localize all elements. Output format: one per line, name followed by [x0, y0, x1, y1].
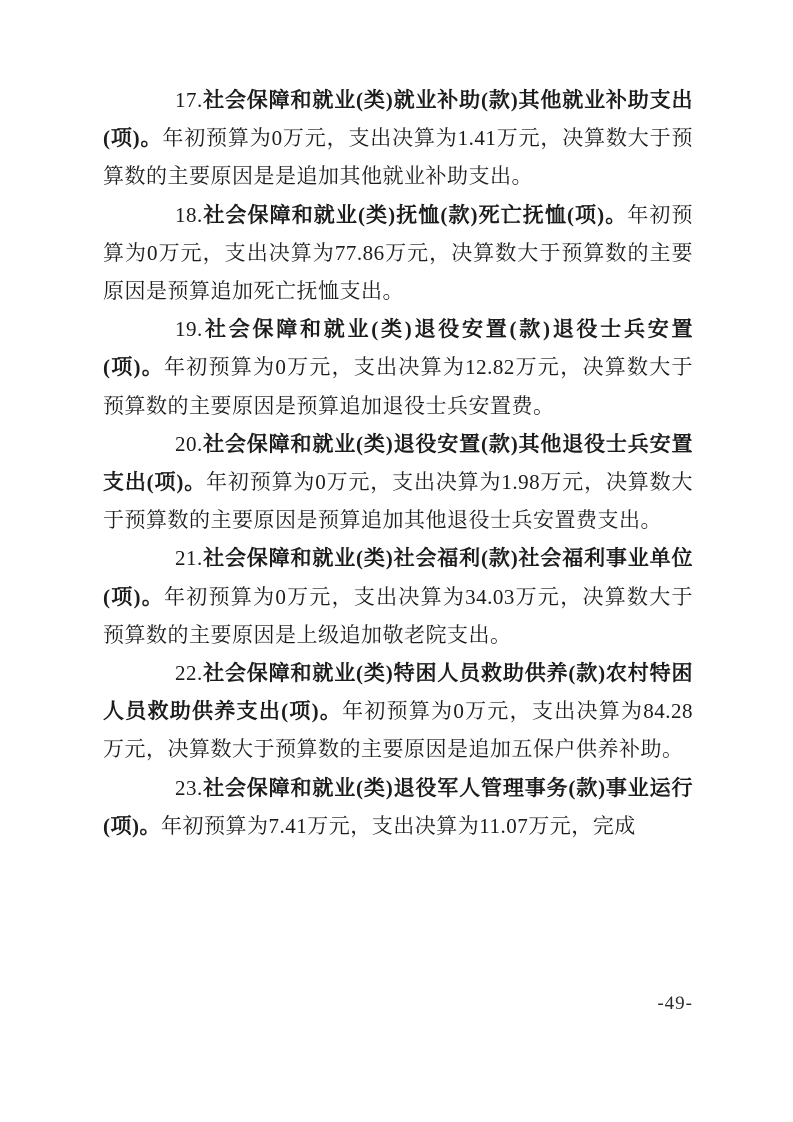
- item-number: 20.: [175, 432, 203, 456]
- page-number: -49-: [0, 993, 693, 1015]
- item-number: 22.: [175, 661, 203, 685]
- item-body: 年初预算为0万元，支出决算为1.41万元，决算数大于预算数的主要原因是是追加其他…: [103, 126, 693, 188]
- item-number: 19.: [175, 317, 203, 341]
- item-body: 年初预算为7.41万元，支出决算为11.07万元，完成: [161, 814, 636, 838]
- budget-item-22: 22.社会保障和就业(类)特困人员救助供养(款)农村特困人员救助供养支出(项)。…: [103, 654, 693, 769]
- item-number: 18.: [175, 203, 203, 227]
- document-body: 17.社会保障和就业(类)就业补助(款)其他就业补助支出 (项)。年初预算为0万…: [103, 81, 693, 845]
- budget-item-21: 21.社会保障和就业(类)社会福利(款)社会福利事业单位 (项)。年初预算为0万…: [103, 539, 693, 654]
- budget-item-18: 18.社会保障和就业(类)抚恤(款)死亡抚恤(项)。年初预算为0万元，支出决算为…: [103, 196, 693, 311]
- budget-item-23: 23.社会保障和就业(类)退役军人管理事务(款)事业运行 (项)。年初预算为7.…: [103, 769, 693, 845]
- item-body: 年初预算为0万元，支出决算为34.03万元，决算数大于预算数的主要原因是上级追加…: [103, 585, 693, 647]
- item-number: 23.: [175, 776, 203, 800]
- item-number: 17.: [175, 88, 203, 112]
- item-body: 年初预算为0万元，支出决算为12.82万元，决算数大于预算数的主要原因是预算追加…: [103, 355, 693, 417]
- document-page: 17.社会保障和就业(类)就业补助(款)其他就业补助支出 (项)。年初预算为0万…: [0, 0, 793, 1122]
- item-number: 21.: [175, 546, 203, 570]
- item-heading: 社会保障和就业(类)抚恤(款)死亡抚恤(项)。: [203, 203, 628, 227]
- budget-item-19: 19.社会保障和就业(类)退役安置(款)退役士兵安置(项)。年初预算为0万元，支…: [103, 310, 693, 425]
- budget-item-17: 17.社会保障和就业(类)就业补助(款)其他就业补助支出 (项)。年初预算为0万…: [103, 81, 693, 196]
- budget-item-20: 20.社会保障和就业(类)退役安置(款)其他退役士兵安置支出(项)。年初预算为0…: [103, 425, 693, 540]
